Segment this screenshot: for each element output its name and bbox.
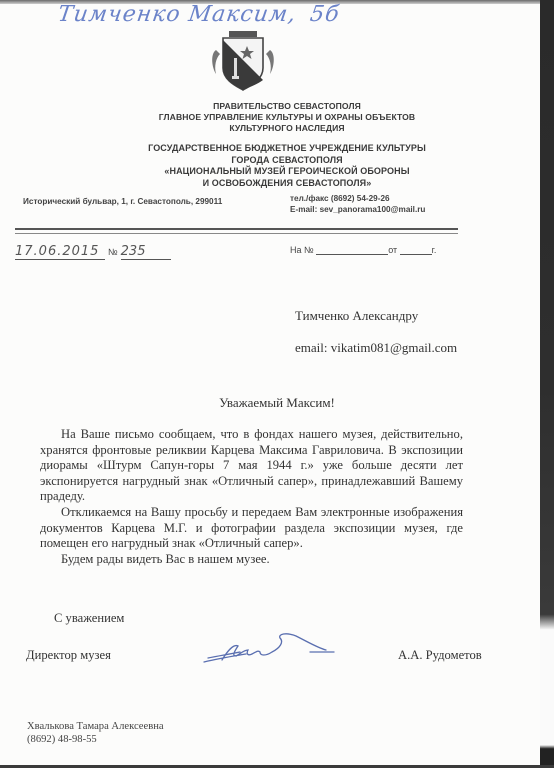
handwritten-grade: 5б xyxy=(308,2,341,27)
letterhead-divider xyxy=(15,228,458,234)
letter-body: На Ваше письмо сообщаем, что в фондах на… xyxy=(40,427,463,567)
handwritten-note: Тимченко Максим,5б xyxy=(56,2,341,27)
recipient-email: email: vikatim081@gmail.com xyxy=(295,332,457,364)
recipient-name: Тимченко Александру xyxy=(295,300,457,332)
government-line: ПРАВИТЕЛЬСТВО СЕВАСТОПОЛЯ xyxy=(10,101,554,112)
reply-year-suffix: г. xyxy=(432,245,437,255)
body-paragraph: На Ваше письмо сообщаем, что в фондах на… xyxy=(40,427,463,505)
signer-name: А.А. Рудометов xyxy=(398,648,482,663)
executor-phone: (8692) 48-98-55 xyxy=(27,733,164,746)
body-paragraph: Откликаемся на Вашу просьбу и передаем В… xyxy=(40,505,463,552)
reply-number-label: На № xyxy=(290,245,314,255)
institution-line: ГОСУДАРСТВЕННОЕ БЮДЖЕТНОЕ УЧРЕЖДЕНИЕ КУЛ… xyxy=(10,143,554,155)
reply-number-blank xyxy=(316,244,388,255)
registration-date: 17.06.2015 xyxy=(15,244,105,260)
institution-address: Исторический бульвар, 1, г. Севастополь,… xyxy=(23,197,222,206)
institution-header: ГОСУДАРСТВЕННОЕ БЮДЖЕТНОЕ УЧРЕЖДЕНИЕ КУЛ… xyxy=(10,143,554,189)
body-paragraph: Будем рады видеть Вас в нашем музее. xyxy=(40,552,463,568)
recipient-block: Тимченко Александру email: vikatim081@gm… xyxy=(295,300,457,364)
signer-position: Директор музея xyxy=(26,648,111,663)
executor-name: Хвалькова Тамара Алексеевна xyxy=(27,720,164,733)
reply-date-blank xyxy=(400,244,432,255)
handwritten-signature-icon xyxy=(200,628,335,668)
government-line: ГЛАВНОЕ УПРАВЛЕНИЕ КУЛЬТУРЫ И ОХРАНЫ ОБЪ… xyxy=(10,112,554,123)
reply-from-label: от xyxy=(388,245,397,255)
institution-email: E-mail: sev_panorama100@mail.ru xyxy=(290,204,425,215)
government-header: ПРАВИТЕЛЬСТВО СЕВАСТОПОЛЯ ГЛАВНОЕ УПРАВЛ… xyxy=(10,101,554,134)
reply-reference-line: На № от г. xyxy=(290,244,436,255)
institution-line: ГОРОДА СЕВАСТОПОЛЯ xyxy=(10,155,554,167)
institution-phone: тел./факс (8692) 54-29-26 xyxy=(290,193,425,204)
government-line: КУЛЬТУРНОГО НАСЛЕДИЯ xyxy=(10,123,554,134)
sevastopol-coat-of-arms-icon xyxy=(210,28,276,92)
institution-line: «НАЦИОНАЛЬНЫЙ МУЗЕЙ ГЕРОИЧЕСКОЙ ОБОРОНЫ xyxy=(10,166,554,178)
institution-contacts: тел./факс (8692) 54-29-26 E-mail: sev_pa… xyxy=(290,193,425,215)
closing: С уважением xyxy=(54,611,124,626)
institution-line: И ОСВОБОЖДЕНИЯ СЕВАСТОПОЛЯ» xyxy=(10,178,554,190)
executor-block: Хвалькова Тамара Алексеевна (8692) 48-98… xyxy=(27,720,164,746)
registration-number: 235 xyxy=(121,244,171,260)
letter-page: Тимченко Максим,5б ПРАВИТЕЛЬСТВО СЕВАСТО… xyxy=(0,0,554,768)
salutation: Уважаемый Максим! xyxy=(0,395,554,411)
registration-number-label: № xyxy=(108,247,118,257)
handwritten-name: Тимченко Максим, xyxy=(56,2,298,27)
registration-line: 17.06.2015№235 xyxy=(15,240,171,260)
